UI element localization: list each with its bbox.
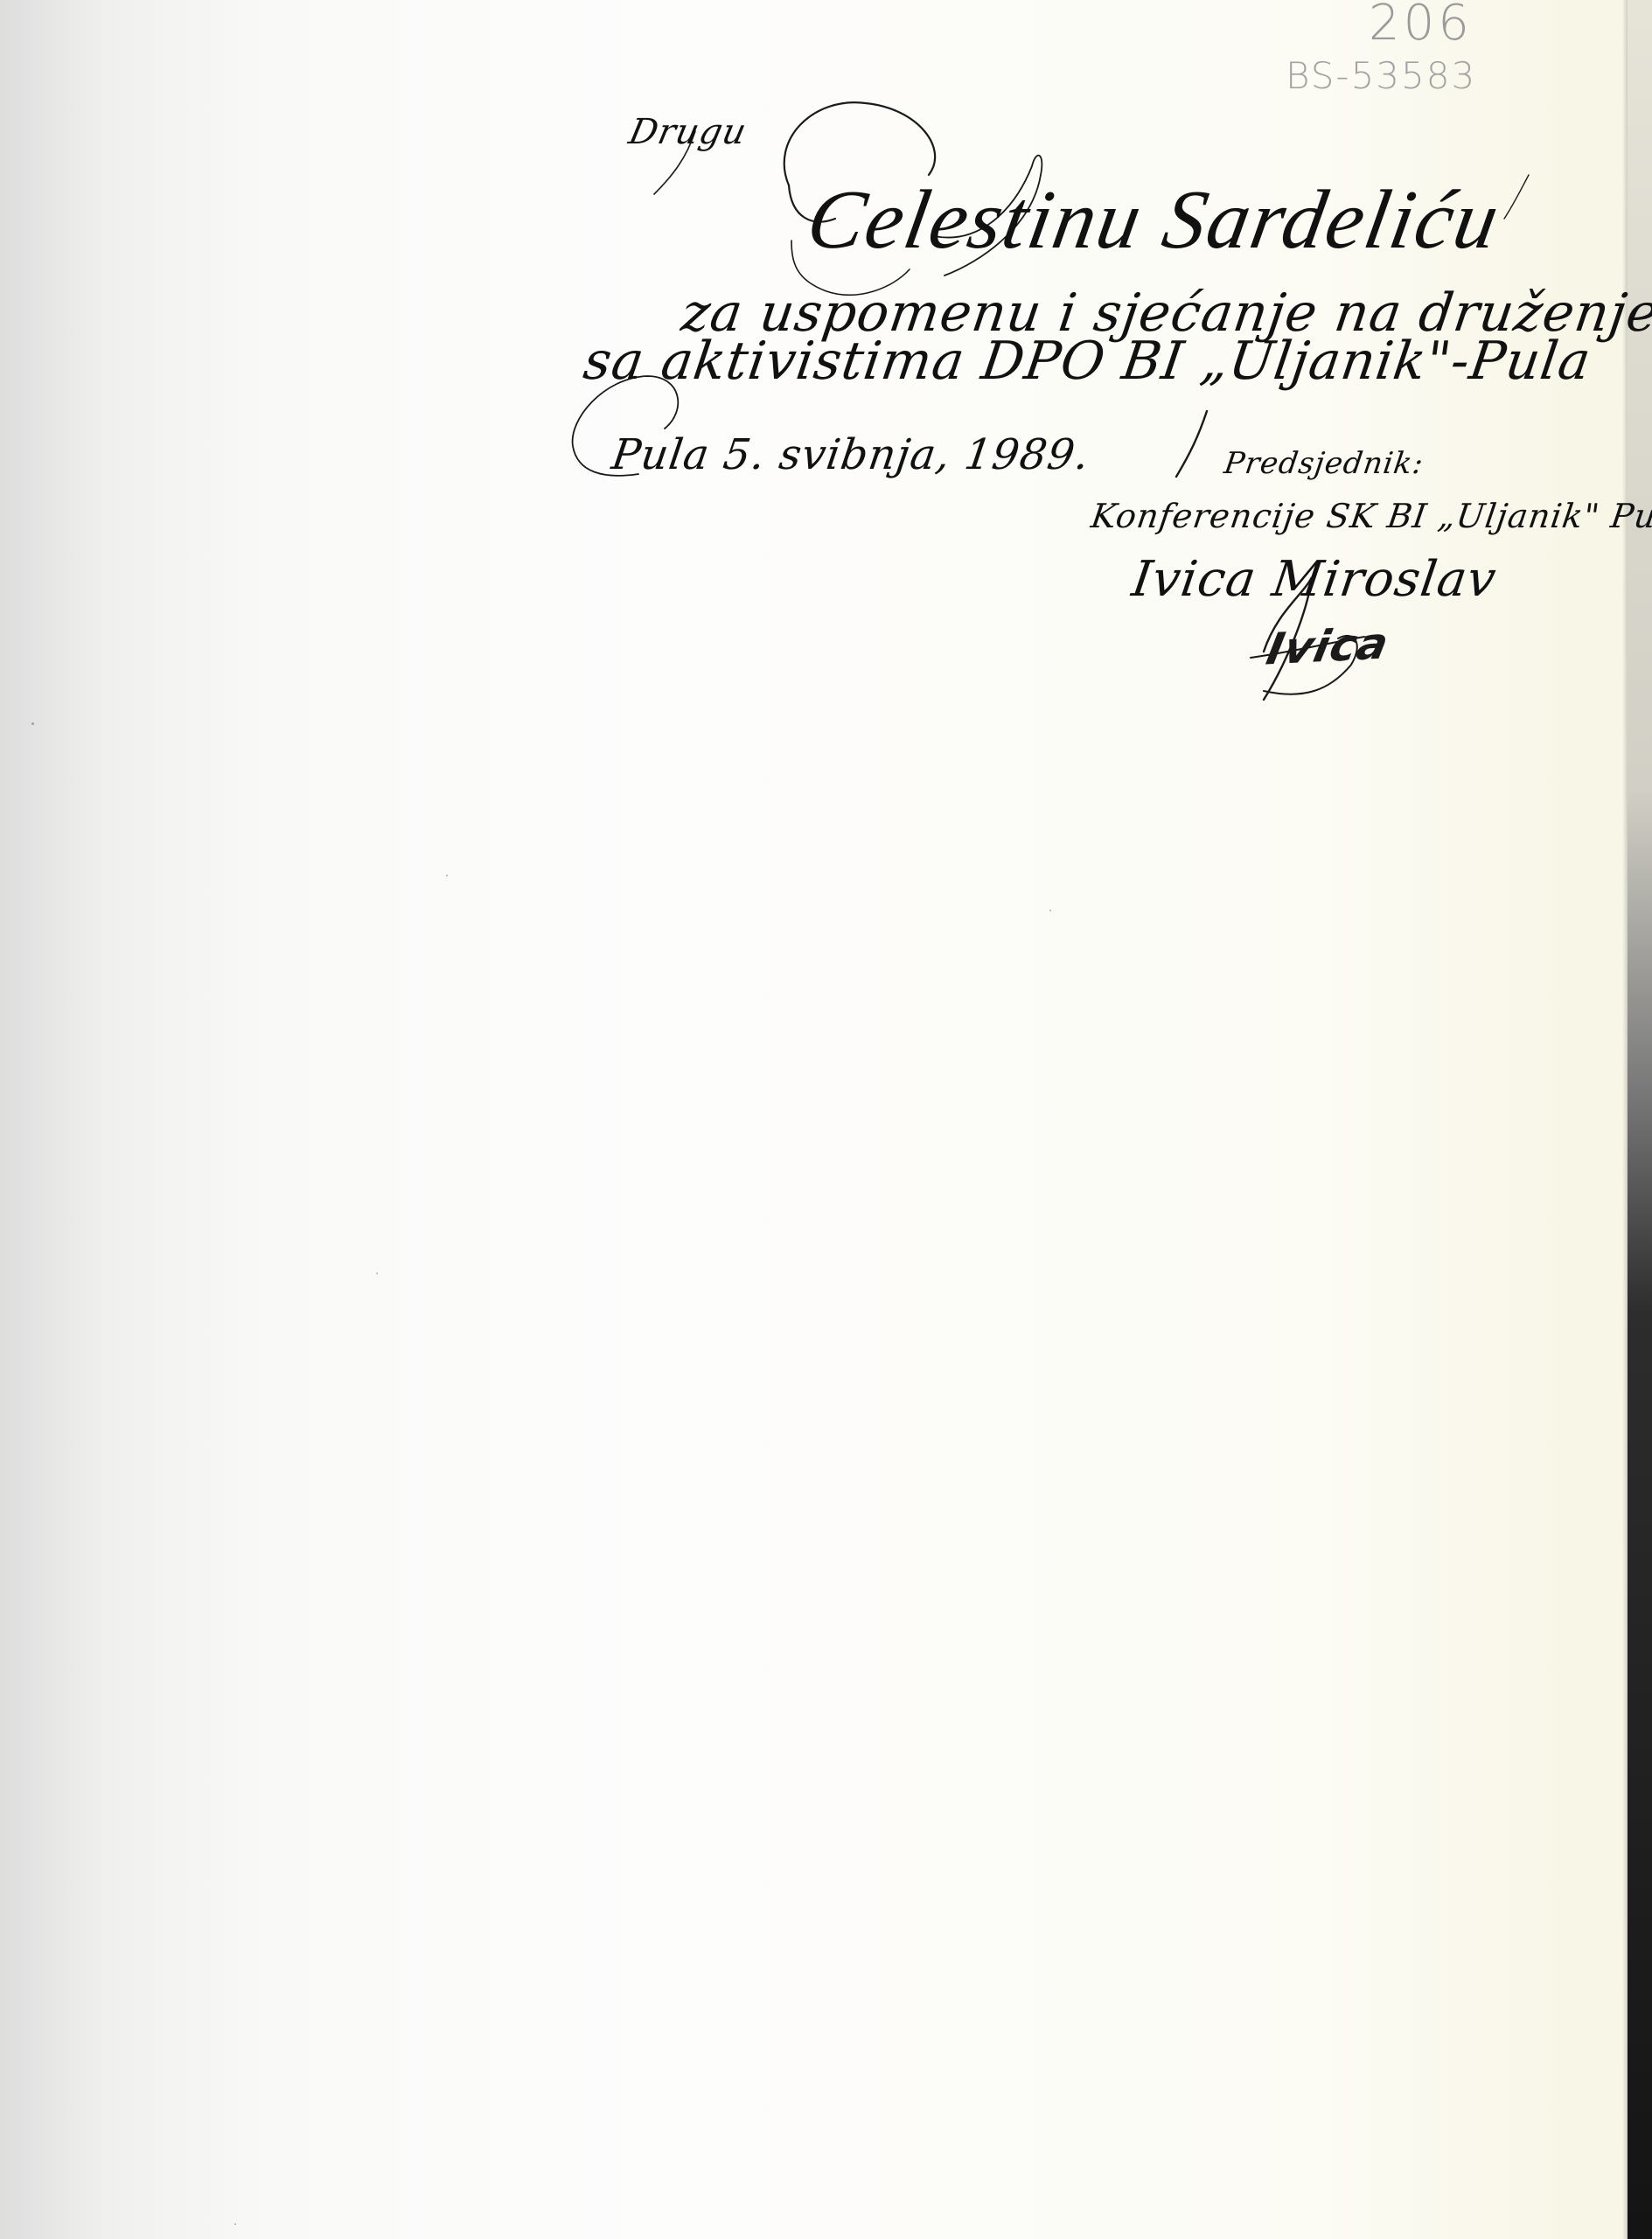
scan-speck xyxy=(1049,910,1051,911)
signatory-organization: Konferencije SK BI „Uljanik" Pula xyxy=(1089,497,1652,535)
scan-speck xyxy=(234,2223,236,2225)
scan-speck xyxy=(446,875,448,876)
recipient-name: Celestinu Sardeliću xyxy=(800,171,1508,268)
archive-number: 206 xyxy=(1369,0,1473,52)
archive-code: BS-53583 xyxy=(1286,54,1476,97)
dedication-line-2: sa aktivistima DPO BI „Uljanik"-Pula xyxy=(580,331,1595,392)
signatory-role: Predsjednik: xyxy=(1222,446,1425,481)
signatory-name: Ivica Miroslav xyxy=(1128,551,1500,608)
salutation: Drugu xyxy=(625,112,750,152)
place-and-date: Pula 5. svibnja, 1989. xyxy=(609,430,1093,479)
scan-speck xyxy=(376,1273,378,1274)
scan-speck xyxy=(31,722,34,725)
handwritten-signature: Ivica xyxy=(1262,617,1393,674)
